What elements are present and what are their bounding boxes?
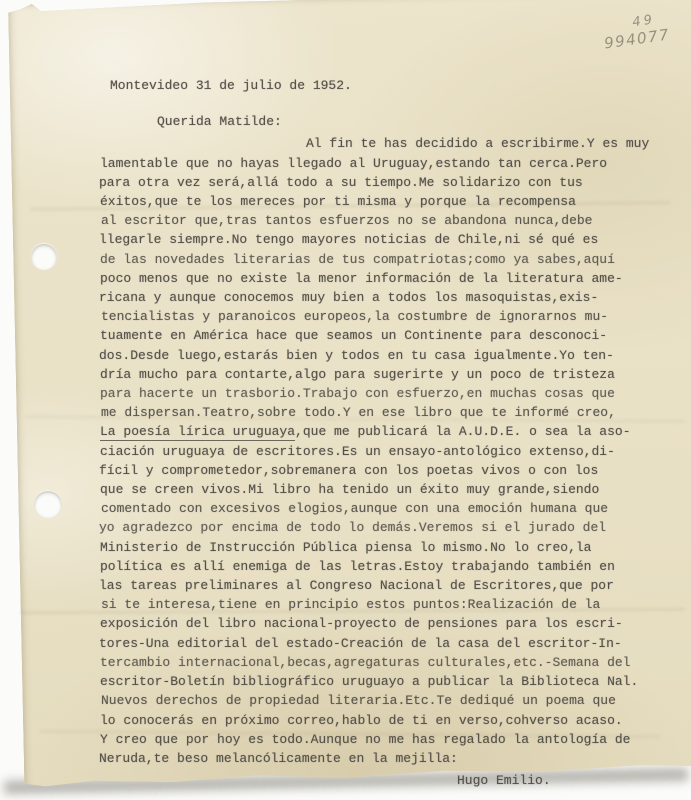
- punch-hole-bottom: [34, 491, 62, 518]
- letter-text-layer: Montevideo 31 de julio de 1952. Querida …: [100, 76, 648, 790]
- letter-line: exposición del libro nacional-proyecto d…: [100, 614, 648, 633]
- letter-line: tencialistas y paranoicos europeos,la co…: [101, 307, 649, 326]
- letter-line-book-title: La poesía lírica uruguaya,que me publica…: [100, 422, 648, 441]
- letter-line: tores-Una editorial del estado-Creación …: [99, 634, 647, 653]
- letter-line: dos.Desde luego,estarás bien y todos en …: [99, 346, 647, 365]
- letter-line: me dispersan.Teatro,sobre todo.Y en ese …: [101, 403, 649, 422]
- letter-line: Ministerio de Instrucción Pública piensa…: [100, 538, 648, 557]
- letter-line: dría mucho para contarte,algo para suger…: [100, 365, 648, 384]
- letter-line: tercambio internacional,becas,agregatura…: [100, 653, 648, 672]
- letter-line: lamentable que no hayas llegado al Urugu…: [100, 154, 648, 173]
- letter-line: para hacerte un trasborio.Trabajo con es…: [100, 384, 648, 403]
- letter-line: política es allí enemiga de las letras.E…: [100, 557, 648, 576]
- letter-line: Neruda,te beso melancólicamente en la me…: [99, 749, 647, 768]
- letter-line: de las novedades literarias de tus compa…: [100, 250, 648, 269]
- letter-line: yo agradezco por encima de todo lo demás…: [99, 518, 647, 537]
- letter-line: tuamente en América hace que seamos un C…: [100, 326, 648, 345]
- letter-salutation: Querida Matilde:: [157, 112, 691, 131]
- letter-line: que se creen vivos.Mi libro ha tenido un…: [100, 480, 648, 499]
- letter-line: escritor-Boletín bibliográfico uruguayo …: [100, 672, 648, 691]
- letter-line: poco menos que no existe la menor inform…: [100, 269, 648, 288]
- letter-line: para otra vez será,allá todo a su tiempo…: [99, 173, 647, 192]
- letter-line: si te interesa,tiene en principio estos …: [101, 595, 649, 614]
- letter-signature: Hugo Emilio.: [457, 771, 691, 790]
- letter-line: éxitos,que te los mereces por ti misma y…: [100, 192, 648, 211]
- letter-date: Montevideo 31 de julio de 1952.: [110, 76, 658, 95]
- letter-body: Al fin te has decidido a escribirme.Y es…: [100, 134, 648, 768]
- letter-line: Al fin te has decidido a escribirme.Y es…: [100, 134, 648, 153]
- letter-line: ricana y aunque conocemos muy bien a tod…: [99, 288, 647, 307]
- letter-line: al escritor que,tras tantos esfuerzos no…: [101, 211, 649, 230]
- letter-line: fícil y comprometedor,sobremanera con lo…: [99, 461, 647, 480]
- letter-line: llegarle siempre.No tengo mayores notici…: [99, 230, 647, 249]
- letter-line: Y creo que por hoy es todo.Aunque no me …: [100, 730, 648, 749]
- letter-line: lo conocerás en próximo correo,hablo de …: [100, 711, 648, 730]
- letter-line: las tareas preliminares al Congreso Naci…: [99, 576, 647, 595]
- book-title-underlined: La poesía lírica uruguaya: [100, 424, 295, 441]
- letter-line: ciación uruguaya de escritores.Es un ens…: [100, 442, 648, 461]
- book-title-line-rest: ,que me publicará la A.U.D.E. o sea la a…: [295, 424, 630, 439]
- scanned-letter-canvas: 49 994077 Montevideo 31 de julio de 1952…: [0, 0, 691, 800]
- punch-hole-top: [31, 244, 57, 270]
- letter-line: comentado con excesivos elogios,aunque c…: [101, 499, 649, 518]
- letter-line: Nuevos derechos de propiedad literaria.E…: [101, 691, 649, 710]
